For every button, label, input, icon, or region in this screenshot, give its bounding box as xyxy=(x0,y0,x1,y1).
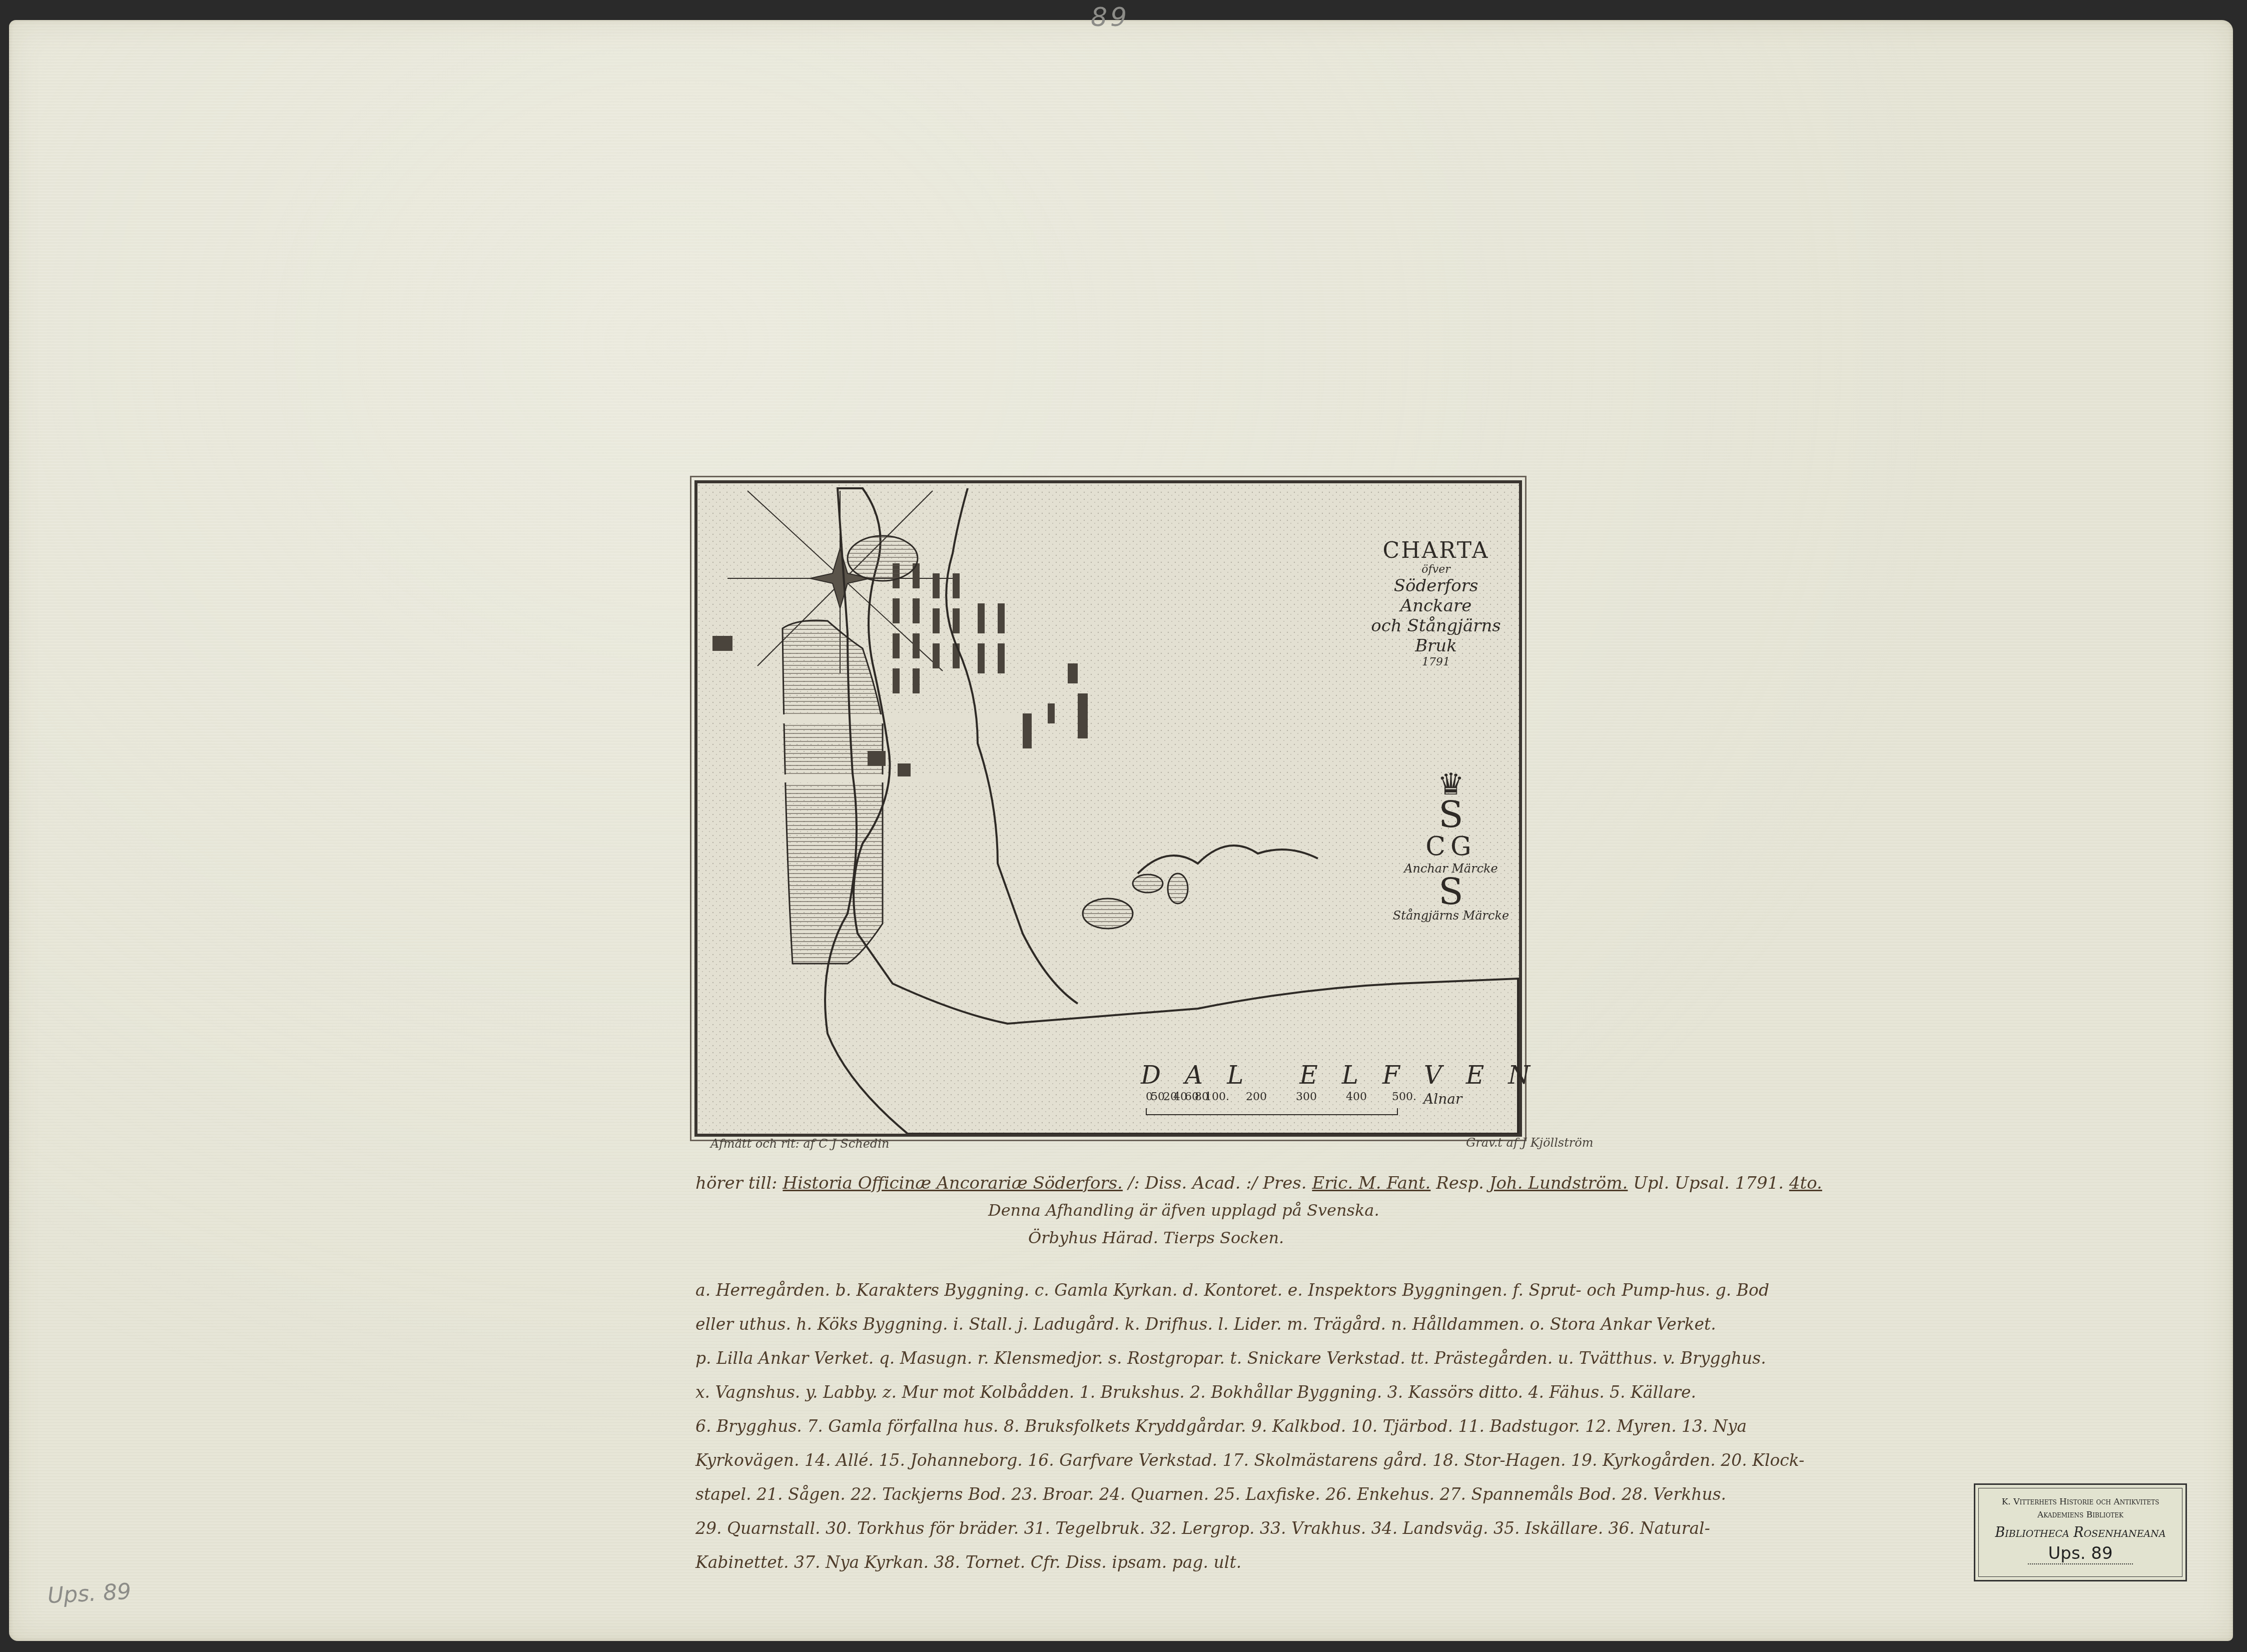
map-title-line4: Bruk xyxy=(1371,636,1501,656)
map-title: CHARTA xyxy=(1371,538,1501,563)
library-label-line1: K. Vitterhets Historie och Antikvitets xyxy=(1975,1497,2185,1507)
map-year: 1791 xyxy=(1371,656,1501,668)
scale-tick: 500. xyxy=(1392,1091,1416,1103)
map-title-line2: Söderfors Anckare xyxy=(1371,576,1501,616)
legend-line: stapel. 21. Sågen. 22. Tackjerns Bod. 23… xyxy=(695,1477,1556,1511)
bar-iron-mark-s: S xyxy=(1411,876,1491,909)
scale-bar xyxy=(1146,1108,1398,1115)
legend-line: Kyrkovägen. 14. Allé. 15. Johanneborg. 1… xyxy=(695,1443,1556,1477)
scale-unit: Alnar xyxy=(1423,1091,1462,1107)
title-cartouche: CHARTA öfver Söderfors Anckare och Stång… xyxy=(1371,538,1501,658)
map-title-line3: och Stångjärns xyxy=(1371,616,1501,636)
legend-line: 29. Quarnstall. 30. Torkhus för bräder. … xyxy=(695,1511,1556,1545)
map-title-line1: öfver xyxy=(1371,563,1501,576)
note-middle: /: Diss. Acad. :/ Pres. xyxy=(1128,1173,1307,1193)
scale-tick: 200 xyxy=(1246,1091,1267,1103)
library-shelfmark: Ups. 89 xyxy=(2028,1543,2132,1564)
note-suffix: Upl. Upsal. 1791. xyxy=(1633,1173,1784,1193)
library-collection: Bibliotheca Rosenhaneana xyxy=(1975,1525,2185,1540)
note-prefix: hörer till: xyxy=(695,1173,778,1193)
library-label: K. Vitterhets Historie och Antikvitets A… xyxy=(1974,1483,2187,1581)
legend-line: Kabinettet. 37. Nya Kyrkan. 38. Tornet. … xyxy=(695,1545,1556,1579)
legend-line: p. Lilla Ankar Verket. q. Masugn. r. Kle… xyxy=(695,1341,1556,1375)
scale-tick: 100. xyxy=(1205,1091,1229,1103)
note-format: 4to. xyxy=(1789,1173,1822,1193)
note-resp-prefix: Resp. xyxy=(1436,1173,1484,1193)
location-note: Örbyhus Härad. Tierps Socken. xyxy=(1028,1228,1284,1247)
page-number-pencil: 89 xyxy=(1091,3,1130,33)
iron-marks: ♛ S CG Anchar Märcke S Stångjärns Märcke xyxy=(1411,770,1491,923)
anchor-mark-s: S xyxy=(1411,798,1491,832)
surveyor-credit: Afmätt och rit: af C J Schedin xyxy=(710,1137,889,1151)
map-legend: a. Herregården. b. Karakters Byggning. c… xyxy=(695,1273,1556,1579)
scale-tick: 300 xyxy=(1296,1091,1317,1103)
scale-tick-labels: 0 50 20 40 60 80 100. 200 300 400 500. xyxy=(1146,1091,1426,1111)
shelf-mark-pencil: Ups. 89 xyxy=(47,1579,132,1609)
anchor-mark-cg: CG xyxy=(1411,832,1491,862)
scale-tick: 50 xyxy=(1151,1091,1165,1103)
note-respondent: Joh. Lundström. xyxy=(1489,1173,1628,1193)
bibliographic-note: hörer till: Historia Officinæ Ancorariæ … xyxy=(695,1173,1822,1193)
legend-line: 6. Brygghus. 7. Gamla förfallna hus. 8. … xyxy=(695,1409,1556,1443)
note-praeses: Eric. M. Fant. xyxy=(1312,1173,1430,1193)
note-title: Historia Officinæ Ancorariæ Söderfors. xyxy=(783,1173,1123,1193)
scale-tick: 400 xyxy=(1346,1091,1367,1103)
legend-line: eller uthus. h. Köks Byggning. i. Stall.… xyxy=(695,1307,1556,1341)
engraver-credit: Grav.t af J Kjöllström xyxy=(1466,1136,1593,1150)
legend-line: x. Vagnshus. y. Labby. z. Mur mot Kolbåd… xyxy=(695,1375,1556,1409)
river-label: DAL ELFVEN xyxy=(1141,1061,1554,1090)
library-label-line2: Akademiens Bibliotek xyxy=(1975,1510,2185,1520)
bar-iron-mark-label: Stångjärns Märcke xyxy=(1391,909,1511,923)
legend-line: a. Herregården. b. Karakters Byggning. c… xyxy=(695,1273,1556,1307)
translation-note: Denna Afhandling är äfven upplagd på Sve… xyxy=(988,1201,1379,1220)
